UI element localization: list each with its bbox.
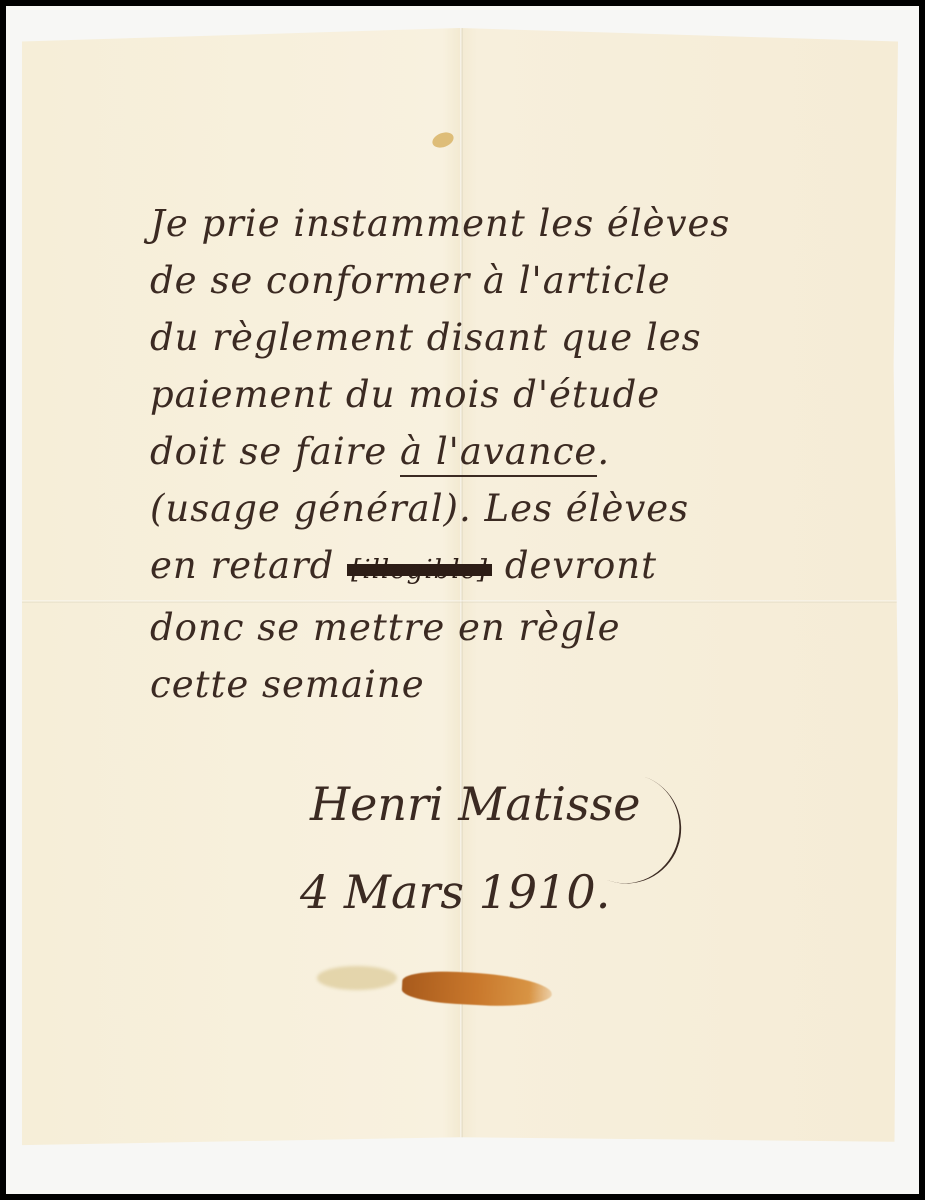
letter-line-2: de se conformer à l'article [150, 252, 810, 309]
ink-stain [430, 130, 455, 151]
letter-line-8: donc se mettre en règle [150, 599, 810, 656]
letter-text: en retard [150, 544, 334, 587]
letter-line-4: paiement du mois d'étude [150, 366, 810, 423]
letter-line-9: cette semaine [150, 656, 810, 713]
letter-line-5: doit se faire à l'avance. [150, 423, 810, 480]
letter-body: Je prie instamment les élèves de se conf… [150, 195, 810, 713]
signature-name: Henri Matisse [300, 760, 640, 848]
signature-date: 4 Mars 1910. [300, 848, 640, 936]
period: . [597, 430, 610, 473]
faint-paint-mark [317, 966, 397, 990]
paint-smear [401, 969, 552, 1009]
letter-text: devront [505, 544, 657, 587]
struck-out-word: [illegible] [347, 555, 492, 585]
signature-block: Henri Matisse 4 Mars 1910. [300, 760, 640, 936]
letter-text: doit se faire [150, 430, 387, 473]
letter-line-6: (usage général). Les élèves [150, 480, 810, 537]
letter-line-1: Je prie instamment les élèves [150, 195, 810, 252]
letter-line-7: en retard [illegible] devront [150, 537, 810, 599]
letter-line-3: du règlement disant que les [150, 309, 810, 366]
underlined-phrase: à l'avance [400, 430, 597, 477]
